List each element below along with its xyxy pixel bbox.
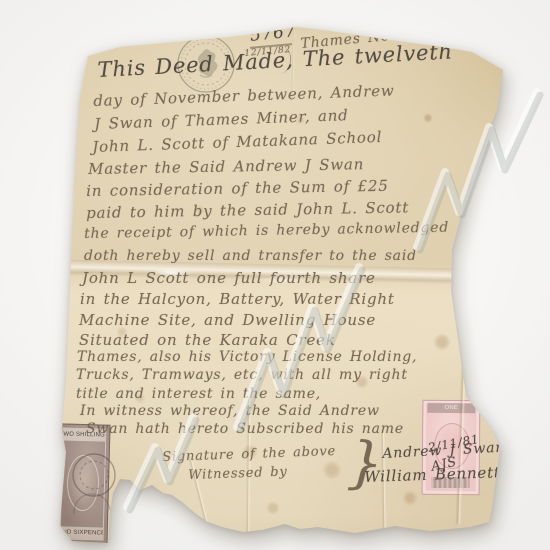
handwritten-line: 5767 — [249, 21, 297, 46]
handwritten-line: J Swan of Thames Miner, and — [94, 106, 349, 133]
handwritten-line: title and interest in the same, — [76, 386, 321, 402]
handwritten-line: John L Scott one full fourth share — [82, 269, 376, 287]
handwritten-line: in consideration of the Sum of £25 — [86, 177, 389, 200]
handwritten-line: paid to him by the said John L. Scott — [86, 198, 409, 222]
handwritten-line: Trucks, Tramways, etc, with all my right — [76, 367, 408, 383]
handwritten-line: Thames, also his Victory License Holding… — [77, 349, 417, 365]
handwritten-line: day of November between, Andrew — [93, 81, 395, 110]
photo-backdrop: TWO SHILLINGS AND SIXPENCE ONE — [0, 0, 550, 550]
handwritten-line: Witnessed by — [188, 465, 288, 483]
handwritten-line: } — [346, 430, 386, 497]
handwritten-line: the receipt of which is hereby acknowled… — [84, 220, 449, 242]
handwritten-line: in the Halcyon, Battery, Water Right — [80, 290, 395, 308]
handwritten-text-layer: 576712/11/82Thames Novr 12th 1881This De… — [0, 0, 550, 550]
handwritten-line: Situated on the Karaka Creek — [79, 331, 336, 349]
document-paper-wrap: TWO SHILLINGS AND SIXPENCE ONE — [0, 0, 550, 550]
handwritten-line: Machine Site, and Dwelling House — [79, 311, 376, 329]
deed-document-paper: TWO SHILLINGS AND SIXPENCE ONE — [0, 0, 550, 550]
handwritten-line: In witness whereof, the Said Andrew — [80, 403, 380, 419]
handwritten-line: doth hereby sell and transfer to the sai… — [84, 248, 417, 264]
handwritten-line: Master the Said Andrew J Swan — [88, 155, 364, 178]
handwritten-line: John L. Scott of Matakana School — [92, 128, 382, 156]
handwritten-line: Signature of the above — [162, 444, 336, 465]
